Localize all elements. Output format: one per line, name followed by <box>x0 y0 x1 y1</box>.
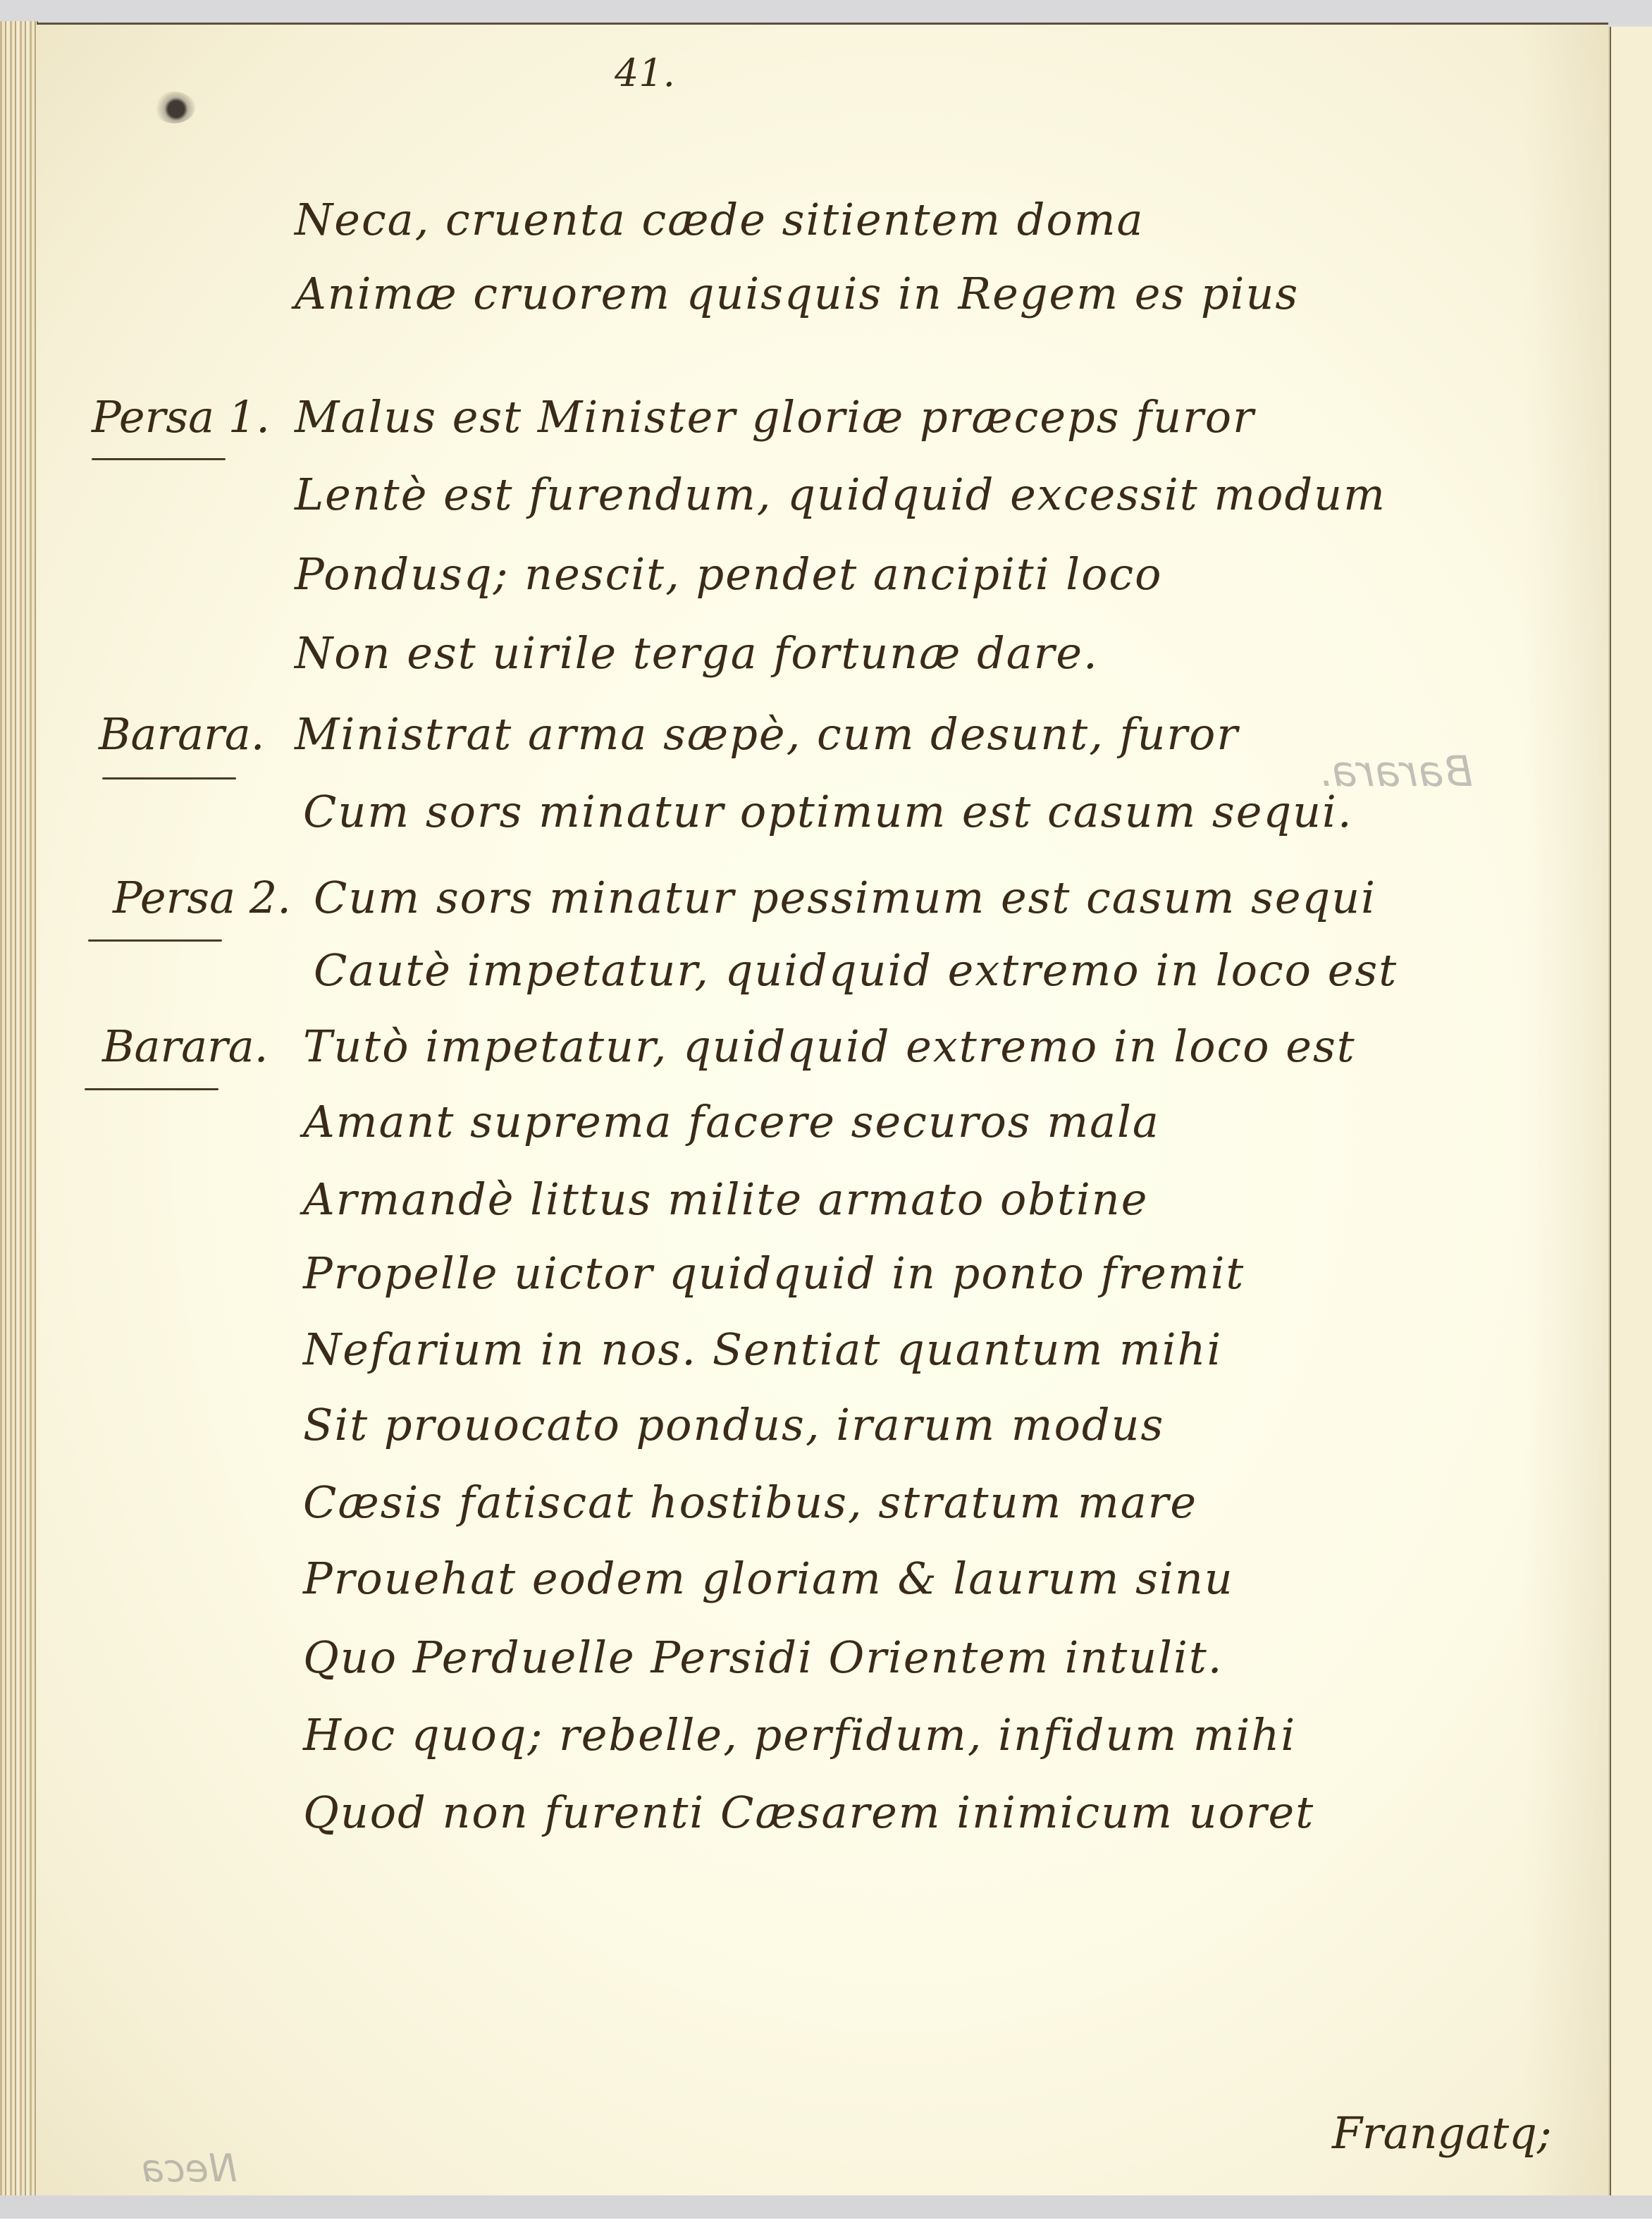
adjacent-page-edge <box>1608 27 1652 2198</box>
verse-line: Quod non furenti Cæsarem inimicum uoret <box>303 1787 1314 1838</box>
ink-blot <box>153 92 195 123</box>
verse-line: Lentè est furendum, quidquid excessit mo… <box>295 469 1386 520</box>
folio-number: 41. <box>615 51 675 95</box>
catchword: Frangatq; <box>1332 2107 1552 2159</box>
speaker-label: Persa 1. <box>92 391 270 443</box>
verse-line: Animæ cruorem quisquis in Regem es pius <box>295 268 1299 319</box>
speaker-underline <box>102 777 236 779</box>
speaker-label: Persa 2. <box>113 872 291 923</box>
verse-line: Quo Perduelle Persidi Orientem intulit. <box>303 1632 1223 1683</box>
speaker-label: Barara. <box>99 708 264 760</box>
verse-line: Amant suprema facere securos mala <box>303 1096 1160 1147</box>
page-edges-stack <box>0 21 38 2198</box>
verse-line: Propelle uictor quidquid in ponto fremit <box>303 1247 1245 1299</box>
verse-line: Armandè littus milite armato obtine <box>303 1173 1148 1225</box>
verse-line: Non est uirile terga fortunæ dare. <box>295 627 1099 679</box>
scan-border <box>0 2219 1652 2225</box>
verse-line: Hoc quoq; rebelle, perfidum, infidum mih… <box>303 1709 1296 1761</box>
bleed-through-catchword: Neca <box>141 2146 237 2190</box>
verse-line: Tutò impetatur, quidquid extremo in loco… <box>303 1021 1356 1072</box>
verse-line: Prouehat eodem gloriam & laurum sinu <box>303 1553 1234 1604</box>
verse-line: Cæsis fatiscat hostibus, stratum mare <box>303 1477 1197 1528</box>
speaker-label: Barara. <box>102 1021 268 1072</box>
verse-line: Ministrat arma sæpè, cum desunt, furor <box>295 708 1239 760</box>
verse-line: Pondusq; nescit, pendet ancipiti loco <box>295 548 1162 600</box>
verse-line: Cautè impetatur, quidquid extremo in loc… <box>314 944 1398 996</box>
verse-line: Cum sors minatur optimum est casum sequi… <box>303 786 1353 837</box>
speaker-underline <box>92 458 226 460</box>
verse-line: Cum sors minatur pessimum est casum sequ… <box>314 872 1376 923</box>
speaker-underline <box>85 1088 218 1090</box>
speaker-underline <box>88 939 222 942</box>
verse-line: Neca, cruenta cæde sitientem doma <box>295 194 1145 245</box>
gutter-shadow <box>1524 25 1608 2197</box>
verse-line: Malus est Minister gloriæ præceps furor <box>295 391 1255 443</box>
scan-background-top <box>0 0 1652 24</box>
verse-line: Nefarium in nos. Sentiat quantum mihi <box>303 1324 1222 1375</box>
verse-line: Sit prouocato pondus, irarum modus <box>303 1399 1164 1450</box>
